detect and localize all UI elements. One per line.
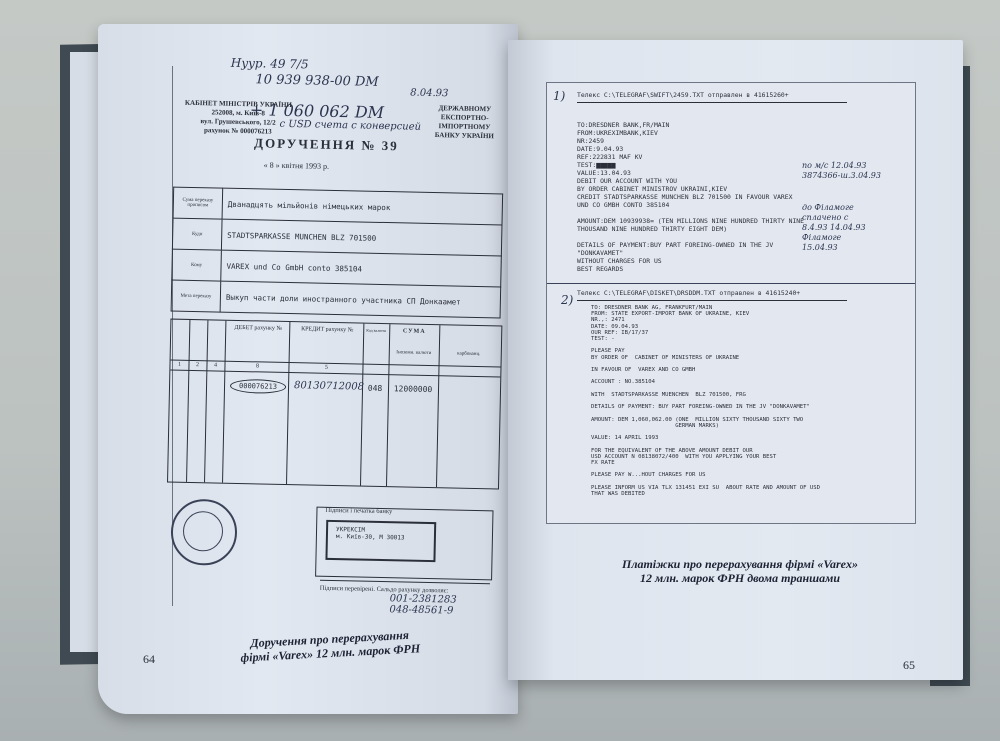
handwritten-note: Філамоге (802, 233, 881, 243)
handwriting-amount-1: 10 939 938-00 DM (255, 72, 379, 90)
document-date: « 8 » квітня 1993 р. (264, 160, 330, 170)
debit-account: 000076213 (230, 379, 286, 394)
column-number: 2 (190, 362, 204, 368)
document-title: ДОРУЧЕННЯ № 39 (254, 135, 399, 154)
debit-header: ДЕБЕТ рахунку № (229, 325, 287, 332)
page-number-right: 65 (903, 658, 915, 673)
field-label: Сума переказу прописом (173, 187, 223, 219)
caption-line: 12 млн. марок ФРН двома траншами (590, 571, 890, 585)
handwritten-note: 3874366-ш.3.04.93 (802, 171, 881, 181)
ministry-seal (170, 499, 237, 566)
amount: 12000000 (390, 384, 436, 394)
field-label: Кому (172, 249, 222, 281)
handwritten-note: по м/с 12.04.93 (802, 161, 881, 171)
currency-code: 048 (364, 384, 386, 393)
table-row: Мета переказу Выкуп части доли иностранн… (171, 280, 501, 318)
recipient-block: ДЕРЖАВНОМУ ЕКСПОРТНО-ІМПОРТНОМУ БАНКУ УК… (424, 104, 505, 142)
caption-line: Платіжки про перерахування фірмі «Varex» (590, 557, 890, 571)
handwriting-note: Hyyp. 49 7/5 (231, 56, 309, 72)
telex-scan: 1) Телекс C:\TELEGRAF\SWIFT\2459.TXT отп… (546, 82, 916, 524)
handwritten-note: сплачено с (802, 213, 881, 223)
right-page-caption: Платіжки про перерахування фірмі «Varex»… (590, 557, 890, 585)
handwritten-note: 15.04.93 (802, 243, 881, 253)
field-label: Мета переказу (171, 280, 221, 312)
handwriting-date: 8.04.93 (410, 88, 448, 100)
column-number: 1 (172, 362, 186, 368)
telex2-header: Телекс C:\TELEGRAF\DISKET\DRSDDM.TXT отп… (577, 289, 847, 301)
bank-signature-label: Підписи і печатка банку (325, 507, 392, 515)
payment-fields-table: Сума переказу прописом Дванадцять мільйо… (171, 187, 504, 319)
column-number: 4 (208, 362, 222, 368)
field-label: Куди (172, 218, 222, 250)
handwriting-conversion: с USD счета с конверсией (279, 119, 421, 133)
recipient-line: БАНКУ УКРАЇНИ (424, 131, 504, 142)
handwritten-note: до Філамоге (802, 203, 881, 213)
telex-divider (547, 283, 915, 284)
karbovanets-header: карбованц. (441, 351, 497, 357)
ledger-table: ДЕБЕТ рахунку № КРЕДИТ рахунку № Код вал… (167, 319, 502, 490)
telex1-header: Телекс C:\TELEGRAF\SWIFT\2459.TXT отправ… (577, 91, 847, 103)
telex2-body: TO: DRESDNER BANK AG, FRANKFURT/MAIN FRO… (591, 305, 820, 497)
telex1-body: TO:DRESDNER BANK,FR/MAIN FROM:UKREXIMBAN… (577, 121, 804, 273)
field-value: Выкуп части доли иностранного участника … (220, 281, 501, 318)
telex-marker-2: 2) (561, 293, 573, 307)
credit-account: 80130712008 (294, 380, 364, 392)
bank-stamp-line: м. Київ-30, М 30013 (336, 533, 426, 542)
payment-order-scan: Hyyp. 49 7/5 10 939 938-00 DM 8.04.93 + … (164, 59, 506, 626)
recipient-line: ЕКСПОРТНО-ІМПОРТНОМУ (424, 113, 504, 133)
handwritten-note: 8.4.93 14.04.93 (802, 223, 881, 233)
currency-code-header: Код валюти (365, 328, 387, 333)
page-number-left: 64 (143, 652, 155, 667)
column-number: 8 (228, 363, 286, 370)
telex-marker-1: 1) (553, 89, 565, 103)
issuer-block: КАБІНЕТ МІНІСТРІВ УКРАЇНИ 252008, м. Киї… (184, 99, 292, 137)
verification-block: Підписи перевірені. Сальдо рахунку дозво… (319, 580, 490, 618)
telex1-handwritten-notes: по м/с 12.04.933874366-ш.3.04.93до Філам… (802, 161, 881, 253)
column-number: 5 (292, 364, 360, 371)
credit-header: КРЕДИТ рахунку № (293, 326, 361, 333)
sum-header: СУМА (391, 328, 437, 335)
foreign-currency-header: Іноземн. валюти (391, 350, 437, 356)
bank-stamp: УКРЕКСІМ м. Київ-30, М 30013 (325, 520, 436, 562)
